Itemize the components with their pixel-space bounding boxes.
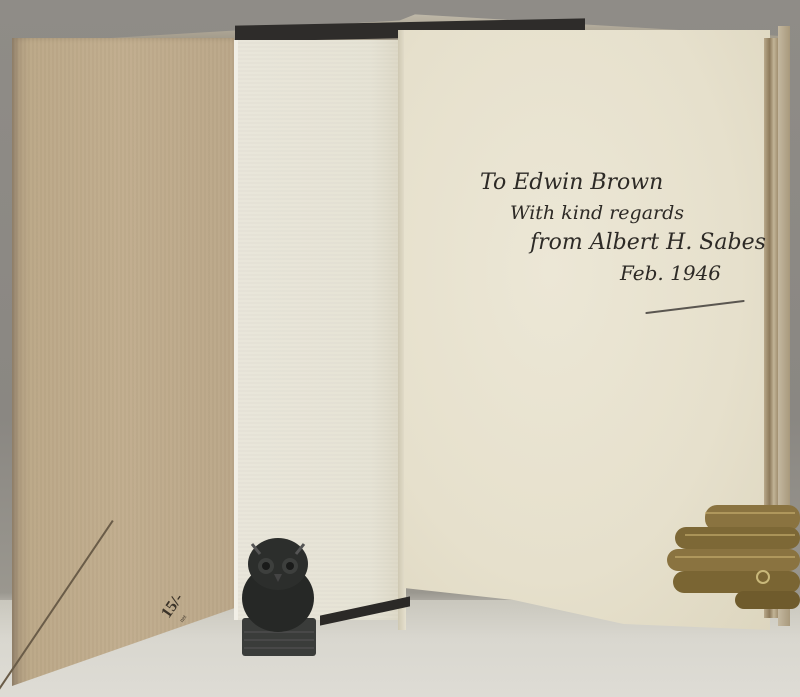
dust-jacket-flap [12, 38, 234, 686]
inscription-line-1: To Edwin Brown [480, 168, 770, 198]
inscription-line-3: from Albert H. Sabes [530, 228, 770, 258]
brass-hand-bookend-icon [665, 497, 800, 612]
front-endpaper [234, 40, 404, 620]
owl-figurine-icon [238, 536, 318, 658]
inscription-date: Feb. 1946 [620, 258, 770, 288]
book-photo: 15/- net To Edwin Brown With kind regard… [0, 0, 800, 697]
inscription-line-2: With kind regards [510, 198, 770, 228]
handwritten-inscription: To Edwin Brown With kind regards from Al… [470, 168, 770, 288]
